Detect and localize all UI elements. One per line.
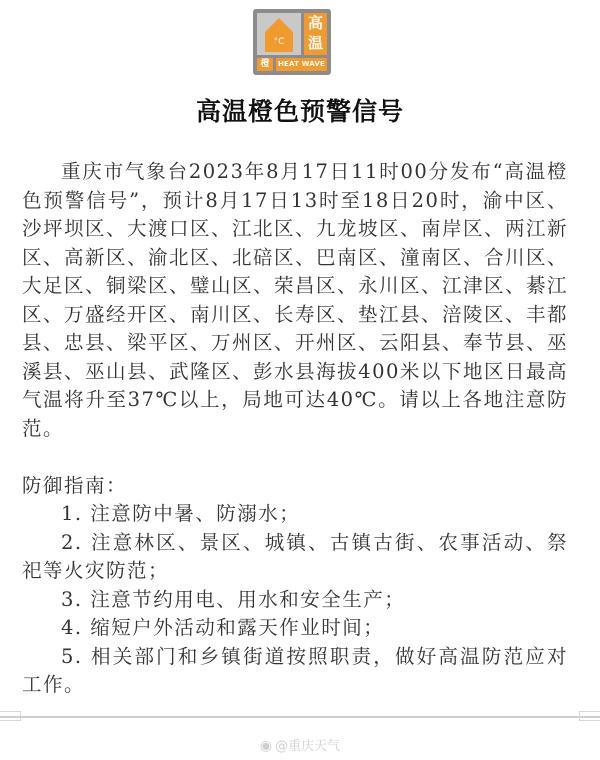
icon-side-label: 高 温: [304, 13, 327, 55]
thermometer-house-panel: °C: [257, 13, 301, 55]
guide-item: 4. 缩短户外活动和露天作业时间；: [22, 614, 568, 643]
watermark: ◉@重庆天气: [0, 735, 600, 754]
warning-paragraph: 重庆市气象台2023年8月17日11时00分发布“高温橙色预警信号”，预计8月1…: [22, 158, 568, 443]
watermark-text: @重庆天气: [275, 739, 340, 754]
page-divider: [0, 716, 600, 718]
page-title: 高温橙色预警信号: [0, 92, 600, 128]
page-corner-mark-right: [579, 711, 600, 721]
weibo-icon: ◉: [260, 738, 272, 754]
document-body: 重庆市气象台2023年8月17日11时00分发布“高温橙色预警信号”，预计8月1…: [22, 158, 568, 700]
guide-item: 5. 相关部门和乡镇街道按照职责，做好高温防范应对工作。: [22, 643, 568, 700]
icon-heat-wave-label: HEAT WAVE: [276, 58, 327, 71]
house-icon: °C: [264, 17, 294, 53]
icon-char-wen: 温: [304, 33, 327, 53]
icon-level-label: 橙: [257, 58, 273, 71]
guide-item: 3. 注意节约用电、用水和安全生产；: [22, 586, 568, 615]
guide-heading: 防御指南：: [22, 472, 568, 501]
heat-wave-warning-icon: °C 高 温 橙 HEAT WAVE: [253, 9, 331, 75]
guide-item: 2. 注意林区、景区、城镇、古镇古街、农事活动、祭祀等火灾防范；: [22, 529, 568, 586]
icon-char-gao: 高: [304, 13, 327, 33]
svg-text:°C: °C: [274, 37, 285, 47]
guide-item: 1. 注意防中暑、防溺水；: [22, 500, 568, 529]
